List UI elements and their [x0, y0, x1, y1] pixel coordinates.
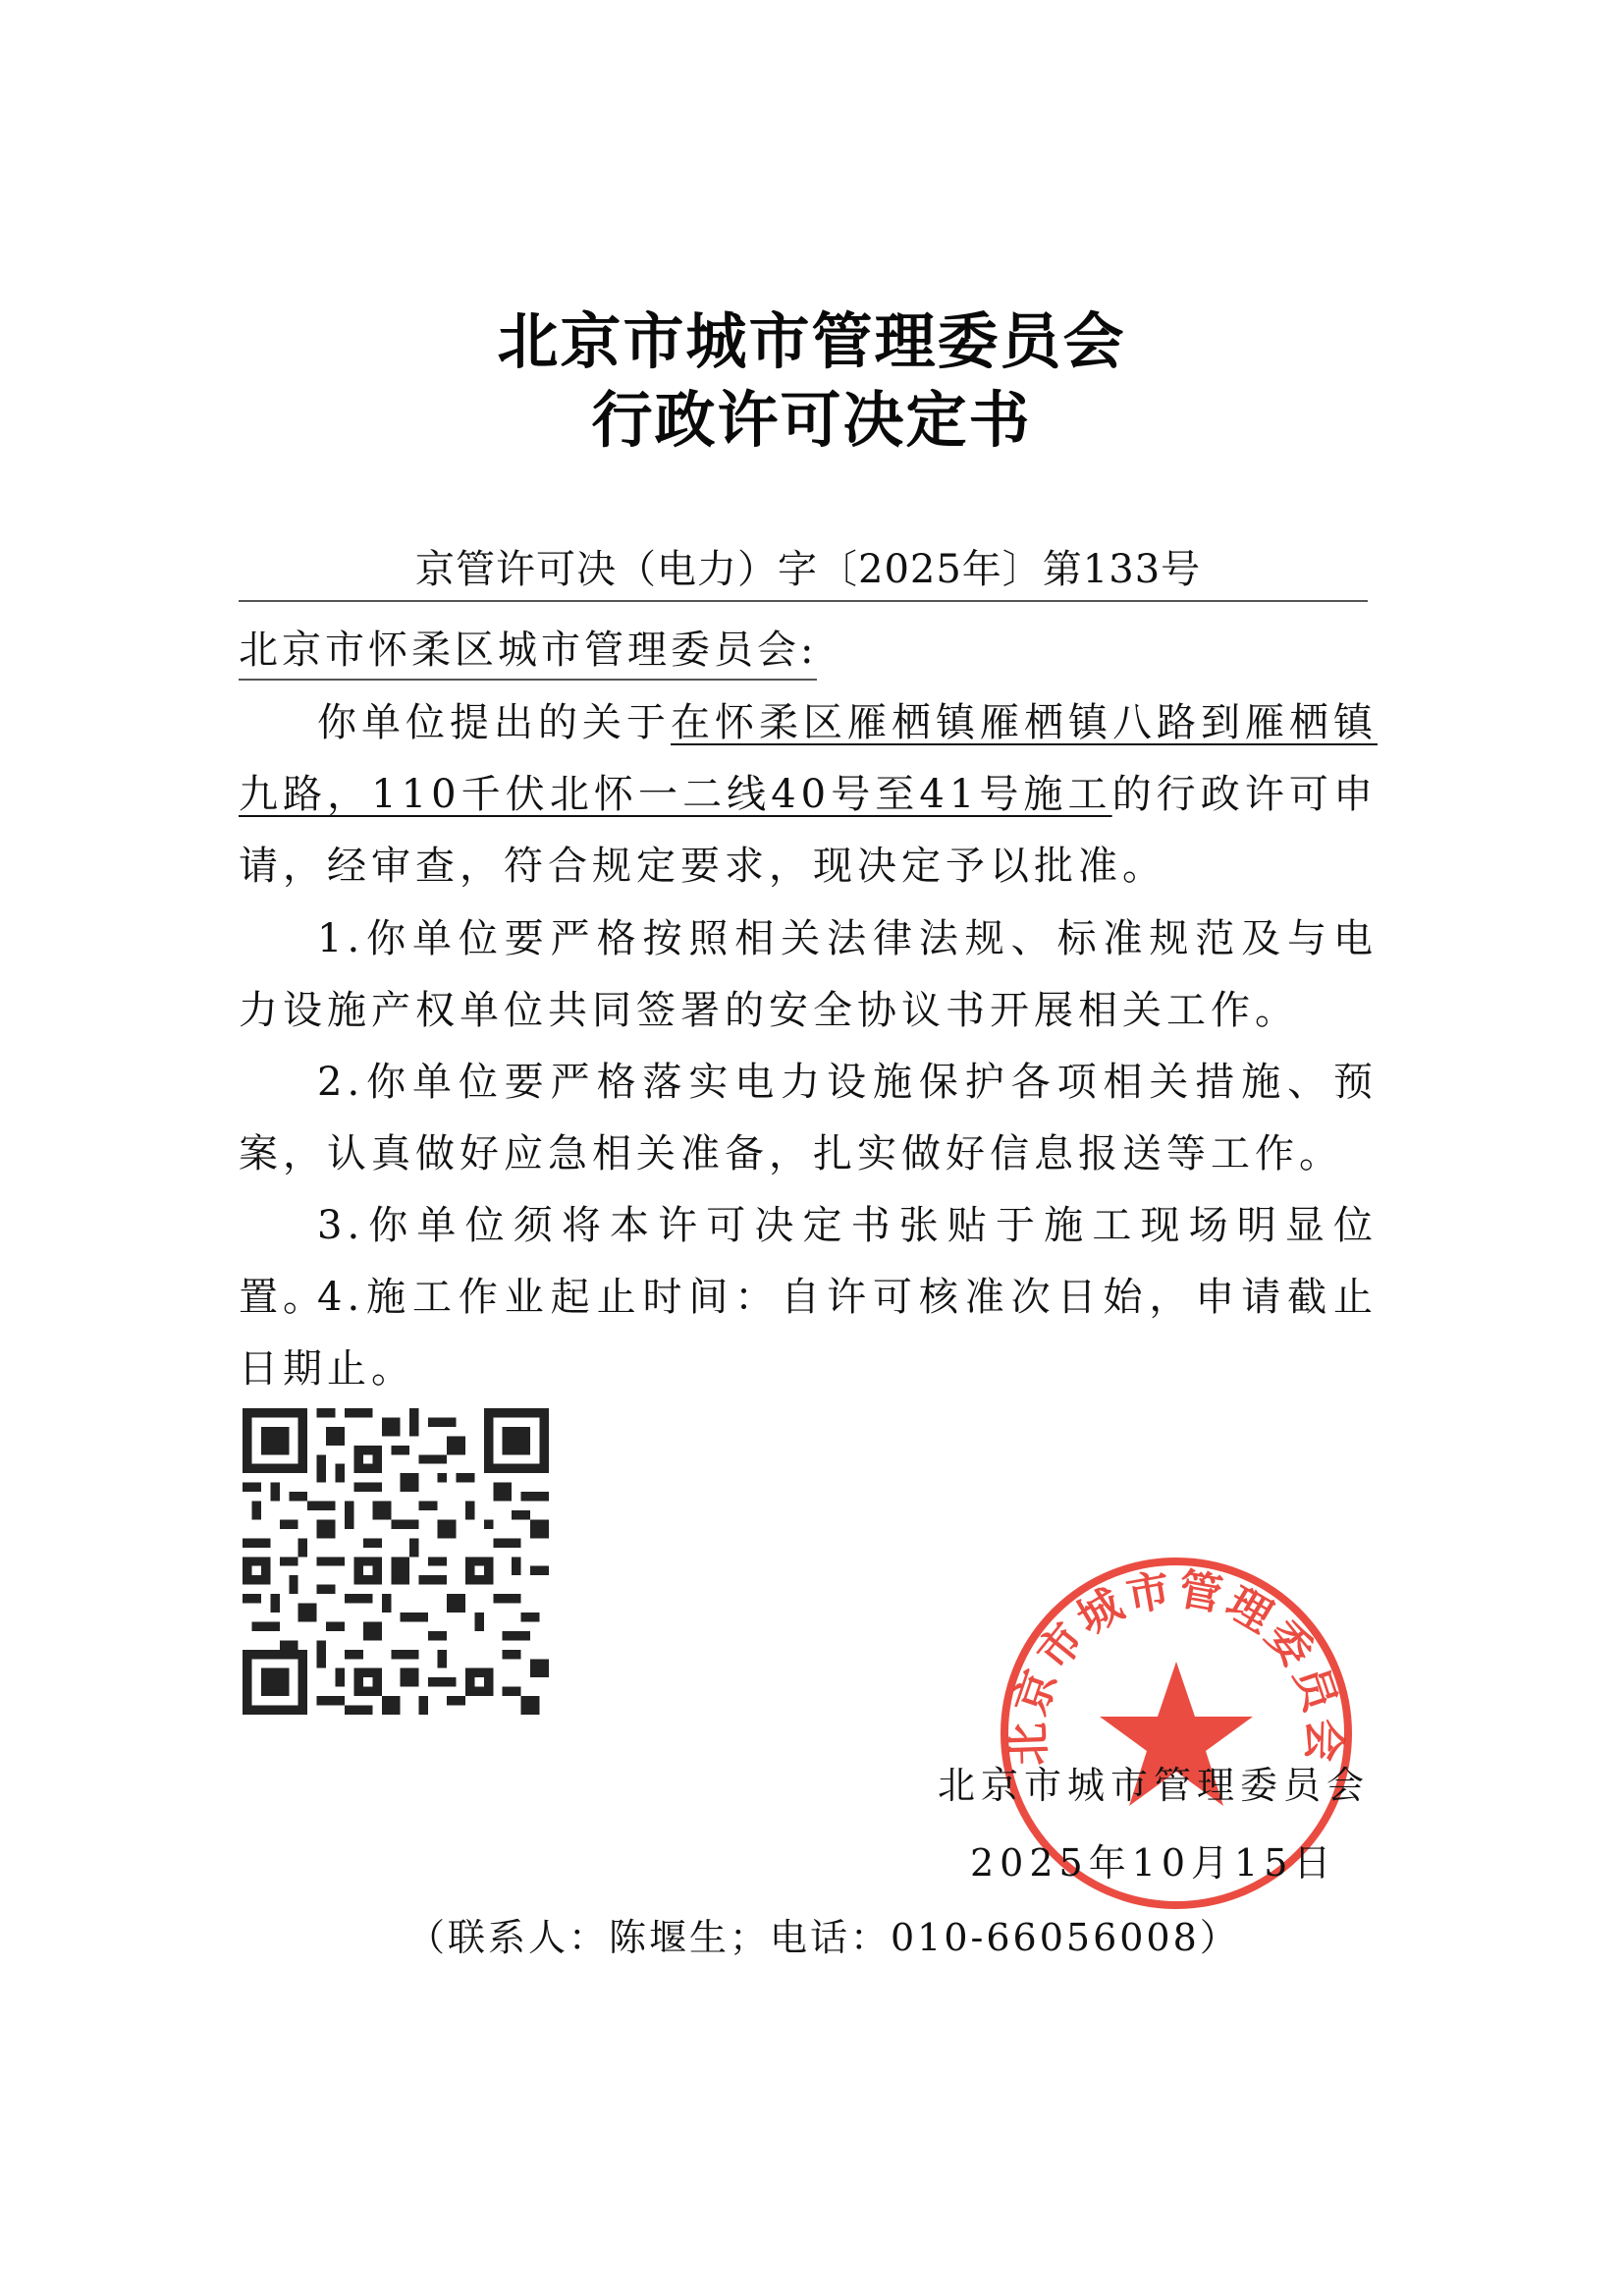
qr-code-icon[interactable] [243, 1406, 549, 1717]
contact-info: （联系人：陈堰生；电话：010-66056008） [407, 1907, 1240, 1961]
requirement-item-2: 2.你单位要严格落实电力设施保护各项相关措施、预案，认真做好应急相关准备，扎实做… [239, 1047, 1378, 1190]
requirement-item-4: 4.施工作业起止时间：自许可核准次日始，申请截止日期止。 [239, 1262, 1378, 1405]
requirement-item-1: 1.你单位要严格按照相关法律法规、标准规范及与电力设施产权单位共同签署的安全协议… [239, 903, 1378, 1047]
document-number: 京管许可决（电力）字〔2025年〕第133号 [239, 538, 1368, 602]
requirement-text-4: 4.施工作业起止时间：自许可核准次日始，申请截止日期止。 [239, 1262, 1378, 1405]
decision-paragraph: 你单位提出的关于在怀柔区雁栖镇雁栖镇八路到雁栖镇九路，110千伏北怀一二线40号… [239, 687, 1378, 902]
intro-prefix: 你单位提出的关于 [317, 700, 671, 745]
issuer-name: 北京市城市管理委员会 [938, 1755, 1370, 1809]
requirement-text-1: 1.你单位要严格按照相关法律法规、标准规范及与电力设施产权单位共同签署的安全协议… [239, 903, 1378, 1047]
issue-date: 2025年10月15日 [970, 1832, 1336, 1886]
requirement-text-2: 2.你单位要严格落实电力设施保护各项相关措施、预案，认真做好应急相关准备，扎实做… [239, 1047, 1378, 1190]
document-subtitle: 行政许可决定书 [0, 371, 1623, 459]
document-title: 北京市城市管理委员会 [0, 293, 1623, 380]
addressee: 北京市怀柔区城市管理委员会: [239, 619, 817, 681]
